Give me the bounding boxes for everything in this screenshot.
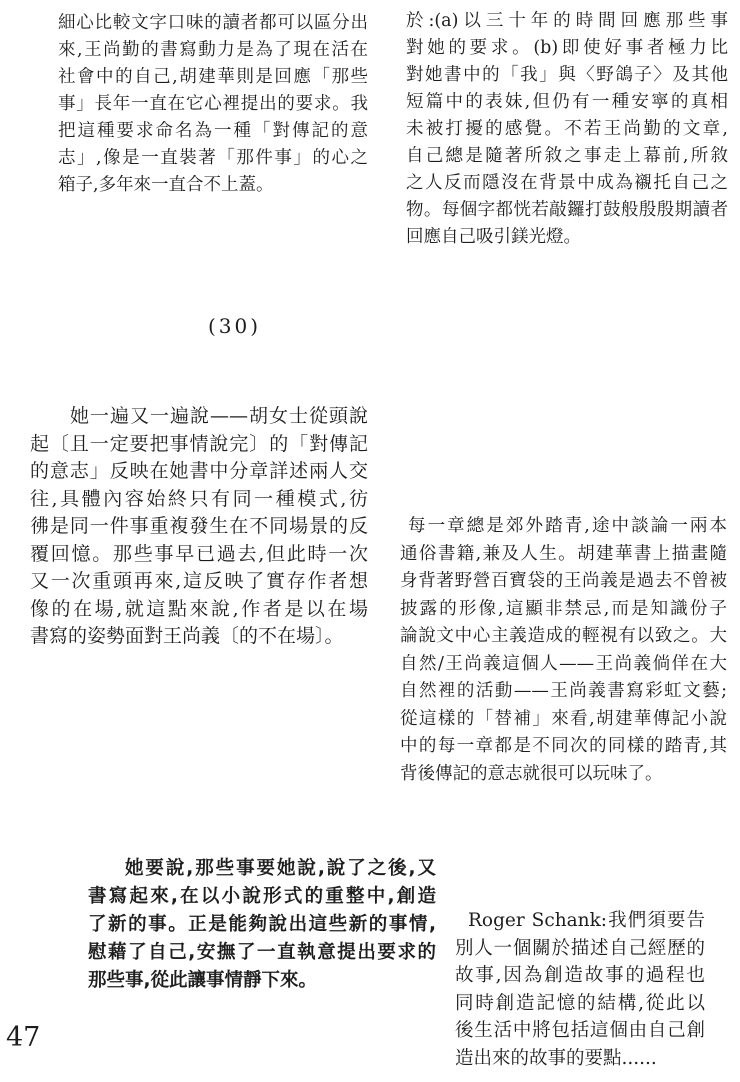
text-line: 短篇中的表妹,但仍有一種安寧的真相 bbox=[406, 89, 728, 116]
text-line: 箱子,多年來一直合不上蓋。 bbox=[58, 172, 368, 199]
text-line: 她一遍又一遍說——胡女士從頭說 bbox=[30, 403, 368, 431]
text-line: 往,具體內容始終只有同一種模式,彷 bbox=[30, 486, 368, 514]
book-page: { "page": { "number": "47", "section_mar… bbox=[0, 0, 740, 1082]
text-line: 細心比較文字口味的讀者都可以區分出 bbox=[58, 10, 368, 37]
text-line: 對她書中的「我」與〈野鴿子〉及其他 bbox=[406, 62, 728, 89]
text-line: 中的每一章都是不同次的同樣的踏青,其 bbox=[400, 733, 727, 761]
text-line: 志」,像是一直裝著「那件事」的心之 bbox=[58, 145, 368, 172]
text-line: 之人反而隱沒在背景中成為襯托自己之 bbox=[406, 170, 728, 197]
paragraph-top-right: 於:(a)以三十年的時間回應那些事 對她的要求。(b)即使好事者極力比 對她書中… bbox=[406, 8, 728, 251]
text-line: Roger Schank:我們須要告訴 bbox=[455, 907, 705, 935]
text-line: 書寫的姿勢面對王尚義〔的不在場〕。 bbox=[30, 623, 368, 651]
paragraph-bottom-left: 她要說,那些事要她說,說了之後,又 書寫起來,在以小說形式的重整中,創造 了新的… bbox=[88, 855, 436, 995]
text-line: 對她的要求。(b)即使好事者極力比 bbox=[406, 35, 728, 62]
text-line: 來,王尚勤的書寫動力是為了現在活在 bbox=[58, 37, 368, 64]
text-line: 造出來的故事的要點...... bbox=[455, 1045, 705, 1073]
text-line: 每一章總是郊外踏青,途中談論一兩本 bbox=[400, 513, 727, 541]
text-line: 了新的事。正是能夠說出這些新的事情, bbox=[88, 911, 436, 939]
paragraph-middle-left: 她一遍又一遍說——胡女士從頭說 起〔且一定要把事情說完〕的「對傳記 的意志」反映… bbox=[30, 403, 368, 651]
section-number: (30) bbox=[208, 314, 261, 338]
text-line: 從這樣的「替補」來看,胡建華傳記小說 bbox=[400, 706, 727, 734]
text-line: 論說文中心主義造成的輕視有以致之。大 bbox=[400, 623, 727, 651]
paragraph-middle-right: 每一章總是郊外踏青,途中談論一兩本 通俗書籍,兼及人生。胡建華書上描畫隨 身背著… bbox=[400, 513, 727, 788]
text-line: 慰藉了自己,安撫了一直執意提出要求的 bbox=[88, 939, 436, 967]
text-line: 披露的形像,這顯非禁忌,而是知識份子 bbox=[400, 596, 727, 624]
text-line: 她要說,那些事要她說,說了之後,又 bbox=[88, 855, 436, 883]
text-line: 故事,因為創造故事的過程也 bbox=[455, 962, 705, 990]
text-line: 又一次重頭再來,這反映了實存作者想 bbox=[30, 568, 368, 596]
text-line: 自然/王尚義這個人——王尚義倘佯在大 bbox=[400, 651, 727, 679]
text-line: 彿是同一件事重複發生在不同場景的反 bbox=[30, 513, 368, 541]
text-line: 同時創造記憶的結構,從此以 bbox=[455, 990, 705, 1018]
paragraph-bottom-right-quote: Roger Schank:我們須要告訴 別人一個關於描述自己經歷的 故事,因為創… bbox=[455, 907, 705, 1072]
text-line: 別人一個關於描述自己經歷的 bbox=[455, 935, 705, 963]
text-line: 像的在場,就這點來說,作者是以在場 bbox=[30, 596, 368, 624]
text-line: 未被打擾的感覺。不若王尚勤的文章, bbox=[406, 116, 728, 143]
page-number: 47 bbox=[6, 1022, 40, 1053]
paragraph-top-left: 細心比較文字口味的讀者都可以區分出 來,王尚勤的書寫動力是為了現在活在 社會中的… bbox=[58, 10, 368, 199]
text-line: 社會中的自己,胡建華則是回應「那些 bbox=[58, 64, 368, 91]
text-line: 那些事,從此讓事情靜下來。 bbox=[88, 967, 436, 995]
text-line: 的意志」反映在她書中分章詳述兩人交 bbox=[30, 458, 368, 486]
text-line: 自然裡的活動——王尚義書寫彩虹文藝; bbox=[400, 678, 727, 706]
text-line: 通俗書籍,兼及人生。胡建華書上描畫隨 bbox=[400, 541, 727, 569]
text-line: 自己總是隨著所敘之事走上幕前,所敘 bbox=[406, 143, 728, 170]
text-line: 書寫起來,在以小說形式的重整中,創造 bbox=[88, 883, 436, 911]
text-line: 物。每個字都恍若敲鑼打鼓般殷殷期讀者 bbox=[406, 197, 728, 224]
text-line: 回應自己吸引鎂光燈。 bbox=[406, 224, 728, 251]
text-line: 身背著野營百寶袋的王尚義是過去不曾被 bbox=[400, 568, 727, 596]
text-line: 背後傳記的意志就很可以玩味了。 bbox=[400, 761, 727, 789]
text-line: 覆回憶。那些事早已過去,但此時一次 bbox=[30, 541, 368, 569]
text-line: 後生活中將包括這個由自己創 bbox=[455, 1017, 705, 1045]
text-line: 起〔且一定要把事情說完〕的「對傳記 bbox=[30, 431, 368, 459]
text-line: 事」長年一直在它心裡提出的要求。我 bbox=[58, 91, 368, 118]
text-line: 把這種要求命名為一種「對傳記的意 bbox=[58, 118, 368, 145]
text-line: 於:(a)以三十年的時間回應那些事 bbox=[406, 8, 728, 35]
